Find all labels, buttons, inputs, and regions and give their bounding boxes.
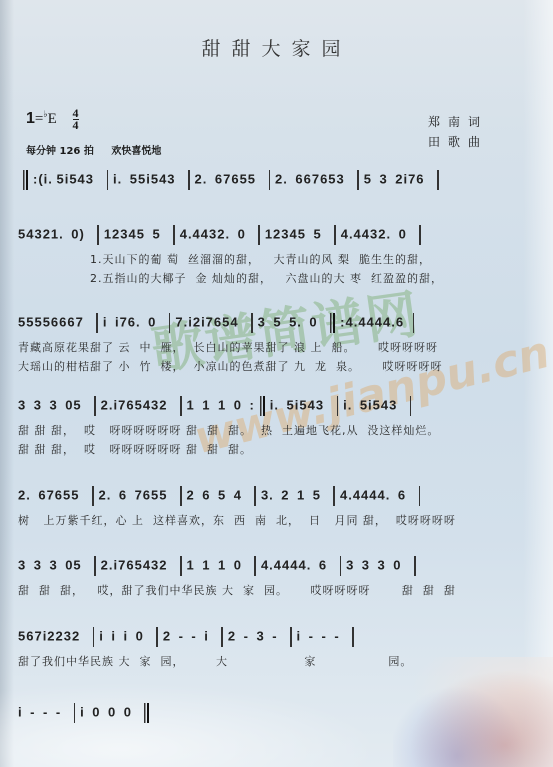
barline (97, 225, 99, 245)
note-group: i (111, 628, 123, 643)
note-group: 6 (202, 487, 218, 502)
note-group: 4.4444. (340, 487, 398, 502)
score-row: 54321. 0) 12345 5 4.4432. 0 12345 5 4.44… (18, 225, 538, 247)
score-row: 3 3 3 05 2.i765432 1 1 1 0 :i. 5i543 i. … (18, 396, 538, 418)
note-group: - (56, 704, 69, 719)
note-group: 4.4432. (341, 226, 399, 241)
credits: 郑南词 田歌曲 (428, 112, 488, 152)
double-barline (23, 170, 28, 190)
note-group: 3 (18, 557, 34, 572)
note-group: 0 (234, 557, 250, 572)
score-row: 567i2232 i i i 0 2 - - i 2 - 3 - i - - -… (18, 627, 538, 649)
barline (169, 313, 171, 333)
notation-line: 3 3 3 05 2.i765432 1 1 1 0 4.4444. 6 3 3… (18, 556, 421, 576)
expression-mark: 欢快喜悦地 (111, 146, 161, 157)
barline (156, 627, 158, 647)
double-barline (144, 703, 149, 723)
note-group: 54321. (18, 226, 71, 241)
page-edge-highlight (523, 0, 553, 767)
note-group: 3 (380, 171, 396, 186)
note-group: 3 (49, 557, 65, 572)
note-group: 6 (398, 487, 414, 502)
note-group: 2. (99, 487, 119, 502)
notation-line: 54321. 0) 12345 5 4.4432. 0 12345 5 4.44… (18, 225, 426, 245)
note-group: 1 (187, 397, 203, 412)
note-group: 3 (49, 397, 65, 412)
note-group: 05 (65, 557, 89, 572)
barline (290, 627, 292, 647)
note-group: 3 (34, 397, 50, 412)
note-group: 4.4432. (180, 226, 238, 241)
barline (414, 556, 416, 576)
note-group: 2. (275, 171, 295, 186)
barline (258, 225, 260, 245)
score-row: :(i. 5i543 i. 55i543 2. 67655 2. 667653 … (18, 170, 538, 192)
note-group: 2. (195, 171, 215, 186)
lyric-line: 甜 甜 甜， 哎 呀呀呀呀呀呀 甜 甜 甜。 热 土遍地飞花,从 没这样灿烂。 (18, 422, 439, 438)
note-group: 3 (378, 557, 394, 572)
barline (269, 170, 271, 190)
note-group: 7655 (135, 487, 175, 502)
note-group: i. (113, 171, 130, 186)
barline (93, 627, 95, 647)
lyric-line: 1.天山下的葡 萄 丝溜溜的甜， 大青山的风 梨 脆生生的甜， (90, 251, 431, 267)
note-group: 567i2232 (18, 628, 88, 643)
barline (337, 396, 339, 416)
notation-line: i - - - i 0 0 0 (18, 703, 154, 723)
note-group: 4.4444. (261, 557, 319, 572)
note-group: 5 (364, 171, 380, 186)
note-group: 0 (309, 314, 325, 329)
note-group: 0 (234, 397, 250, 412)
note-group: 3 (362, 557, 378, 572)
barline (410, 396, 412, 416)
barline (251, 313, 253, 333)
note-group: i (204, 628, 216, 643)
barline (334, 225, 336, 245)
note-group: 2 (163, 628, 179, 643)
score-row: 2. 67655 2. 6 7655 2 6 5 4 3. 2 1 5 4.44… (18, 486, 538, 508)
note-group: 0) (71, 226, 92, 241)
note-group: 2 (187, 487, 203, 502)
barline (254, 556, 256, 576)
note-group: - (309, 628, 322, 643)
note-group: 0 (399, 226, 415, 241)
note-group: 1 (202, 397, 218, 412)
barline (188, 170, 190, 190)
note-group: - (179, 628, 192, 643)
note-group: 5i543 (56, 171, 101, 186)
barline (419, 225, 421, 245)
note-group: 0 (92, 704, 108, 719)
note-group: 4 (234, 487, 250, 502)
note-group: 5 (218, 487, 234, 502)
notation-line: :(i. 5i543 i. 55i543 2. 67655 2. 667653 … (18, 170, 444, 190)
barline (357, 170, 359, 190)
note-group: - (43, 704, 56, 719)
barline (254, 486, 256, 506)
note-group: 0 (393, 557, 409, 572)
note-group: 3 (258, 314, 274, 329)
note-group: i (99, 628, 111, 643)
note-group: - (272, 628, 285, 643)
note-group: 1 (187, 557, 203, 572)
notation-line: 3 3 3 05 2.i765432 1 1 1 0 :i. 5i543 i. … (18, 396, 416, 416)
note-group: - (244, 628, 257, 643)
note-group: 1 (297, 487, 313, 502)
barline (352, 627, 354, 647)
lyric-line: 2.五指山的大椰子 金 灿灿的甜， 六盘山的大 枣 红盈盈的甜， (90, 270, 443, 286)
score-row: 55556667 i i76. 0 7.i2i7654 3 5 5. 0 :4.… (18, 313, 538, 335)
note-group: 3 (346, 557, 362, 572)
barline (74, 703, 76, 723)
note-group: 1 (218, 557, 234, 572)
score-row: 3 3 3 05 2.i765432 1 1 1 0 4.4444. 6 3 3… (18, 556, 538, 578)
note-group: i (18, 704, 30, 719)
note-group: 3 (34, 557, 50, 572)
note-group: 0 (136, 628, 152, 643)
barline (94, 556, 96, 576)
note-group: 0 (238, 226, 254, 241)
note-group: 7.i2i7654 (175, 314, 246, 329)
barline (419, 486, 421, 506)
barline (94, 396, 96, 416)
note-group: - (191, 628, 204, 643)
time-signature: 4 4 (73, 108, 79, 131)
lyricist: 郑南词 (428, 112, 488, 132)
note-group: 1 (218, 397, 234, 412)
note-group: - (334, 628, 347, 643)
barline (96, 313, 98, 333)
note-group: 05 (65, 397, 89, 412)
score-row: i - - - i 0 0 0 (18, 703, 538, 725)
song-title: 甜甜大家园 (0, 34, 553, 61)
time-bottom: 4 (73, 120, 79, 131)
note-group: i (80, 704, 92, 719)
note-group: 67655 (38, 487, 87, 502)
lyric-line: 树 上万紫千红，心 上 这样喜欢，东 西 南 北， 日 月同 甜， 哎呀呀呀呀 (18, 512, 456, 528)
note-group: 5. (289, 314, 309, 329)
barline (221, 627, 223, 647)
barline (437, 170, 439, 190)
note-group: 5 (152, 226, 168, 241)
note-group: 2.i765432 (101, 397, 175, 412)
note-group: 12345 (265, 226, 314, 241)
note-group: 5 (313, 487, 329, 502)
note-group: 1 (202, 557, 218, 572)
note-group: 2.i765432 (101, 557, 175, 572)
note-group: 2. (18, 487, 38, 502)
note-group: i76. (115, 314, 148, 329)
note-group: i. (270, 397, 287, 412)
note-group: i (297, 628, 309, 643)
notation-line: 2. 67655 2. 6 7655 2 6 5 4 3. 2 1 5 4.44… (18, 486, 425, 506)
note-group: 6 (119, 487, 135, 502)
double-barline (260, 396, 265, 416)
note-group: 5i543 (287, 397, 332, 412)
lyric-line: 甜 甜 甜， 哎 呀呀呀呀呀呀 甜 甜 甜。 (18, 441, 252, 457)
notation-line: 567i2232 i i i 0 2 - - i 2 - 3 - i - - - (18, 627, 359, 647)
notation-line: 55556667 i i76. 0 7.i2i7654 3 5 5. 0 :4.… (18, 313, 419, 333)
key-do: 1 (26, 110, 35, 127)
note-group: 3 (18, 397, 34, 412)
scan-edge-shadow (0, 0, 14, 767)
lyric-line: 甜 甜 甜， 哎，甜了我们中华民族 大 家 园。 哎呀呀呀呀 甜 甜 甜 (18, 582, 456, 598)
lyric-line: 青藏高原花果甜了 云 中 雁， 长白山的苹果甜了 浪 上 船。 哎呀呀呀呀 (18, 339, 438, 355)
note-group: - (322, 628, 335, 643)
barline (180, 486, 182, 506)
note-group: 667653 (295, 171, 352, 186)
note-group: 67655 (215, 171, 264, 186)
barline (180, 396, 182, 416)
tempo-marking: 每分钟 126 拍 欢快喜悦地 (26, 142, 175, 157)
barline (413, 313, 415, 333)
note-group: i. (343, 397, 360, 412)
note-group: 2 (281, 487, 297, 502)
note-group: 55556667 (18, 314, 91, 329)
note-group: i (103, 314, 115, 329)
barline (92, 486, 94, 506)
note-group: - (30, 704, 43, 719)
note-group: 12345 (104, 226, 153, 241)
barline (107, 170, 109, 190)
composer: 田歌曲 (428, 132, 488, 152)
barline (333, 486, 335, 506)
note-group: 5i543 (360, 397, 405, 412)
note-group: 5 (313, 226, 329, 241)
tempo-bpm: 每分钟 126 拍 (26, 146, 94, 157)
note-group: 5 (273, 314, 289, 329)
barline (180, 556, 182, 576)
note-group: 2 (228, 628, 244, 643)
key-signature: 1=♭E 4 4 (26, 108, 79, 131)
note-group: 2i76 (395, 171, 432, 186)
barline (340, 556, 342, 576)
double-barline (330, 313, 335, 333)
note-group: 0 (108, 704, 124, 719)
note-group: 3. (261, 487, 281, 502)
lyric-line: 大瑶山的柑桔甜了 小 竹 楼， 小凉山的色煮甜了 九 龙 泉。 哎呀呀呀呀 (18, 358, 442, 374)
note-group: 3 (256, 628, 272, 643)
lyric-line: 甜了我们中华民族 大 家 园， 大 家 园。 (18, 653, 412, 669)
key-note: E (48, 111, 57, 127)
barline (173, 225, 175, 245)
note-group: 6 (319, 557, 335, 572)
note-group: i (123, 628, 135, 643)
note-group: 0 (148, 314, 164, 329)
note-group: 0 (124, 704, 140, 719)
note-group: 55i543 (130, 171, 183, 186)
